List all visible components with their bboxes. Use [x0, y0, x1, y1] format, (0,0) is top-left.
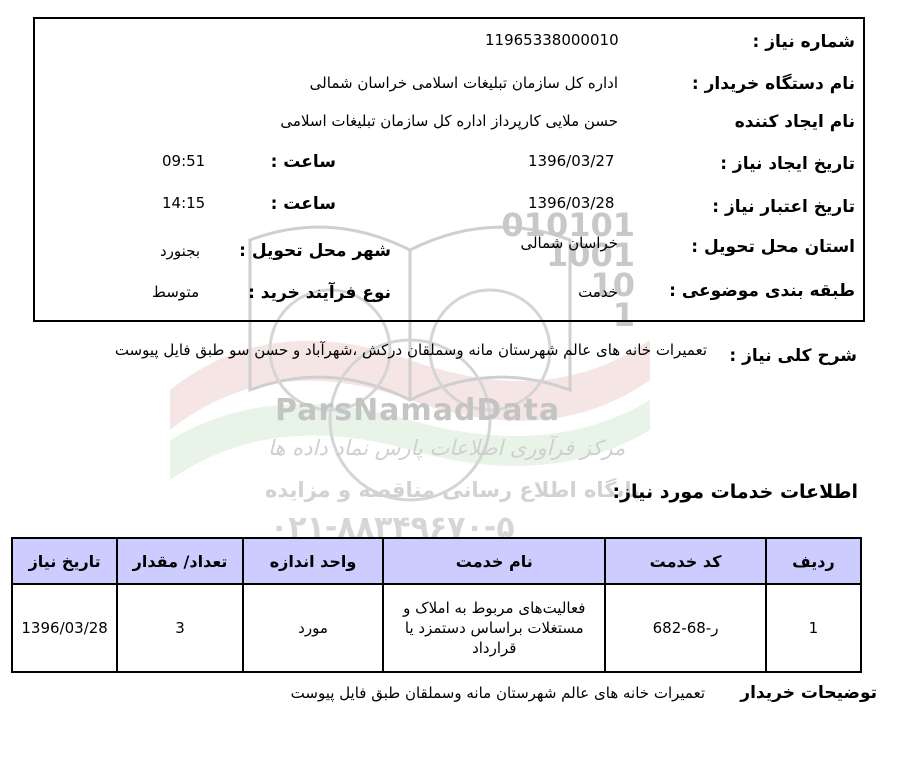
- watermark-brand: ParsNamadData: [275, 393, 560, 428]
- creation-date-value: 1396/03/27: [528, 152, 614, 170]
- need-number-label: شماره نیاز :: [753, 32, 855, 52]
- buyer-org-label: نام دستگاه خریدار :: [692, 74, 855, 94]
- services-section-title: اطلاعات خدمات مورد نیاز:: [613, 481, 858, 503]
- header-service-name: نام خدمت: [383, 538, 605, 584]
- delivery-city-value: بجنورد: [160, 242, 200, 260]
- watermark-tagline: پایگاه اطلاع رسانی مناقصه و مزایده: [265, 478, 640, 502]
- purchase-process-value: متوسط: [152, 283, 199, 301]
- cell-unit: مورد: [243, 584, 384, 672]
- services-table: ردیف کد خدمت نام خدمت واحد اندازه تعداد/…: [11, 537, 862, 673]
- validity-time-label: ساعت :: [271, 194, 336, 214]
- category-label: طبقه بندی موضوعی :: [669, 281, 855, 301]
- table-row: 1 ر-68-682 فعالیت‌های مربوط به املاک و م…: [12, 584, 861, 672]
- validity-time-value: 14:15: [162, 194, 205, 212]
- header-need-date: تاریخ نیاز: [12, 538, 117, 584]
- delivery-province-label: استان محل تحویل :: [691, 237, 855, 257]
- validity-date-value: 1396/03/28: [528, 194, 614, 212]
- header-unit: واحد اندازه: [243, 538, 384, 584]
- validity-date-label: تاریخ اعتبار نیاز :: [712, 197, 855, 217]
- delivery-city-label: شهر محل تحویل :: [239, 241, 391, 261]
- description-value: تعمیرات خانه های عالم شهرستان مانه وسملق…: [45, 340, 707, 360]
- buyer-notes-label: توضیحات خریدار: [740, 683, 877, 703]
- cell-service-code: ر-68-682: [605, 584, 766, 672]
- cell-quantity: 3: [117, 584, 242, 672]
- buyer-org-value: اداره کل سازمان تبلیغات اسلامی خراسان شم…: [310, 74, 618, 92]
- category-value: خدمت: [578, 283, 618, 301]
- cell-row-no: 1: [766, 584, 861, 672]
- description-label: شرح کلی نیاز :: [729, 346, 857, 366]
- header-service-code: کد خدمت: [605, 538, 766, 584]
- need-number-value: 11965338000010: [485, 31, 619, 49]
- buyer-notes-value: تعمیرات خانه های عالم شهرستان مانه وسملق…: [291, 684, 705, 702]
- header-row-no: ردیف: [766, 538, 861, 584]
- creation-time-value: 09:51: [162, 152, 205, 170]
- creator-label: نام ایجاد کننده: [735, 112, 855, 132]
- need-info-box: شماره نیاز : 11965338000010 نام دستگاه خ…: [33, 17, 865, 322]
- purchase-process-label: نوع فرآیند خرید :: [248, 283, 391, 303]
- cell-service-name: فعالیت‌های مربوط به املاک و مستغلات براس…: [383, 584, 605, 672]
- watermark-subtitle: مرکز فرآوری اطلاعات پارس نماد داده ها: [268, 436, 625, 460]
- cell-need-date: 1396/03/28: [12, 584, 117, 672]
- creation-date-label: تاریخ ایجاد نیاز :: [720, 154, 855, 174]
- header-quantity: تعداد/ مقدار: [117, 538, 242, 584]
- delivery-province-value: خراسان شمالی: [520, 234, 618, 252]
- creator-value: حسن ملایی کارپرداز اداره کل سازمان تبلیغ…: [280, 112, 618, 130]
- table-header-row: ردیف کد خدمت نام خدمت واحد اندازه تعداد/…: [12, 538, 861, 584]
- creation-time-label: ساعت :: [271, 152, 336, 172]
